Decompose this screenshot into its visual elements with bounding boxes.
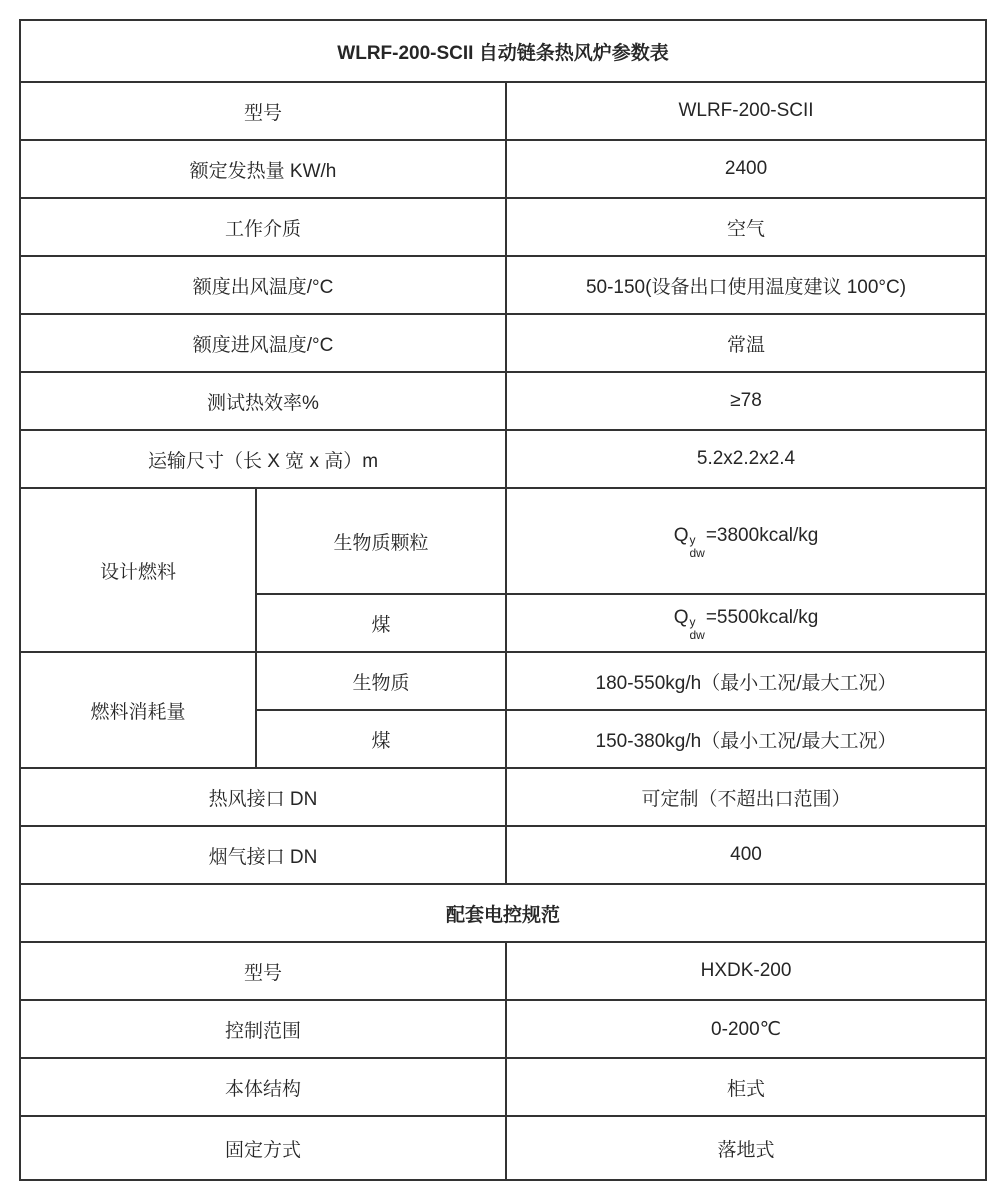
control-model-label: 型号 (20, 942, 506, 1000)
flue-gas-port-value: 400 (506, 826, 986, 884)
fuel-consumption-coal-label: 煤 (256, 710, 506, 768)
q-symbol: Q (674, 525, 689, 546)
q-superscript: y (689, 534, 695, 547)
design-fuel-biomass-value: Qydw=3800kcal/kg (506, 488, 986, 594)
page-canvas: WLRF-200-SCII 自动链条热风炉参数表 型号 WLRF-200-SCI… (0, 0, 1000, 1203)
table-row: 燃料消耗量 生物质 180-550kg/h（最小工况/最大工况） (20, 652, 986, 710)
fuel-consumption-coal-value: 150-380kg/h（最小工况/最大工况） (506, 710, 986, 768)
fuel-consumption-biomass-label: 生物质 (256, 652, 506, 710)
table-row: 额度进风温度/°C 常温 (20, 314, 986, 372)
working-medium-value: 空气 (506, 198, 986, 256)
q-subscript: dw (689, 547, 704, 560)
table-row: 工作介质 空气 (20, 198, 986, 256)
table-row: 烟气接口 DN 400 (20, 826, 986, 884)
q-value: =5500kcal/kg (706, 607, 819, 628)
table-row: 配套电控规范 (20, 884, 986, 942)
control-range-value: 0-200℃ (506, 1000, 986, 1058)
heat-output-label: 额定发热量 KW/h (20, 140, 506, 198)
transport-size-value: 5.2x2.2x2.4 (506, 430, 986, 488)
q-supsub: ydw (689, 616, 704, 641)
design-fuel-biomass-label: 生物质颗粒 (256, 488, 506, 594)
control-model-value: HXDK-200 (506, 942, 986, 1000)
thermal-efficiency-value: ≥78 (506, 372, 986, 430)
working-medium-label: 工作介质 (20, 198, 506, 256)
table-row: WLRF-200-SCII 自动链条热风炉参数表 (20, 20, 986, 82)
thermal-efficiency-label: 测试热效率% (20, 372, 506, 430)
fuel-consumption-biomass-value: 180-550kg/h（最小工况/最大工况） (506, 652, 986, 710)
table-row: 测试热效率% ≥78 (20, 372, 986, 430)
fuel-consumption-label: 燃料消耗量 (20, 652, 256, 768)
body-structure-label: 本体结构 (20, 1058, 506, 1116)
section-header-electric-control: 配套电控规范 (20, 884, 986, 942)
table-row: 本体结构 柜式 (20, 1058, 986, 1116)
table-row: 固定方式 落地式 (20, 1116, 986, 1180)
hot-air-port-value: 可定制（不超出口范围） (506, 768, 986, 826)
table-row: 控制范围 0-200℃ (20, 1000, 986, 1058)
mounting-label: 固定方式 (20, 1116, 506, 1180)
table-row: 设计燃料 生物质颗粒 Qydw=3800kcal/kg (20, 488, 986, 594)
parameter-table: WLRF-200-SCII 自动链条热风炉参数表 型号 WLRF-200-SCI… (19, 19, 987, 1181)
heat-output-value: 2400 (506, 140, 986, 198)
flue-gas-port-label: 烟气接口 DN (20, 826, 506, 884)
q-symbol: Q (674, 607, 689, 628)
table-row: 型号 HXDK-200 (20, 942, 986, 1000)
table-row: 额度出风温度/°C 50-150(设备出口使用温度建议 100°C) (20, 256, 986, 314)
table-title: WLRF-200-SCII 自动链条热风炉参数表 (20, 20, 986, 82)
q-supsub: ydw (689, 534, 704, 559)
hot-air-port-label: 热风接口 DN (20, 768, 506, 826)
outlet-temp-value: 50-150(设备出口使用温度建议 100°C) (506, 256, 986, 314)
mounting-value: 落地式 (506, 1116, 986, 1180)
model-label: 型号 (20, 82, 506, 140)
transport-size-label: 运输尺寸（长 X 宽 x 高）m (20, 430, 506, 488)
q-superscript: y (689, 616, 695, 629)
table-row: 型号 WLRF-200-SCII (20, 82, 986, 140)
control-range-label: 控制范围 (20, 1000, 506, 1058)
table-row: 额定发热量 KW/h 2400 (20, 140, 986, 198)
inlet-temp-value: 常温 (506, 314, 986, 372)
design-fuel-label: 设计燃料 (20, 488, 256, 652)
design-fuel-coal-value: Qydw=5500kcal/kg (506, 594, 986, 652)
design-fuel-coal-label: 煤 (256, 594, 506, 652)
q-value: =3800kcal/kg (706, 525, 819, 546)
body-structure-value: 柜式 (506, 1058, 986, 1116)
model-value: WLRF-200-SCII (506, 82, 986, 140)
q-subscript: dw (689, 629, 704, 642)
outlet-temp-label: 额度出风温度/°C (20, 256, 506, 314)
table-row: 运输尺寸（长 X 宽 x 高）m 5.2x2.2x2.4 (20, 430, 986, 488)
table-row: 热风接口 DN 可定制（不超出口范围） (20, 768, 986, 826)
inlet-temp-label: 额度进风温度/°C (20, 314, 506, 372)
